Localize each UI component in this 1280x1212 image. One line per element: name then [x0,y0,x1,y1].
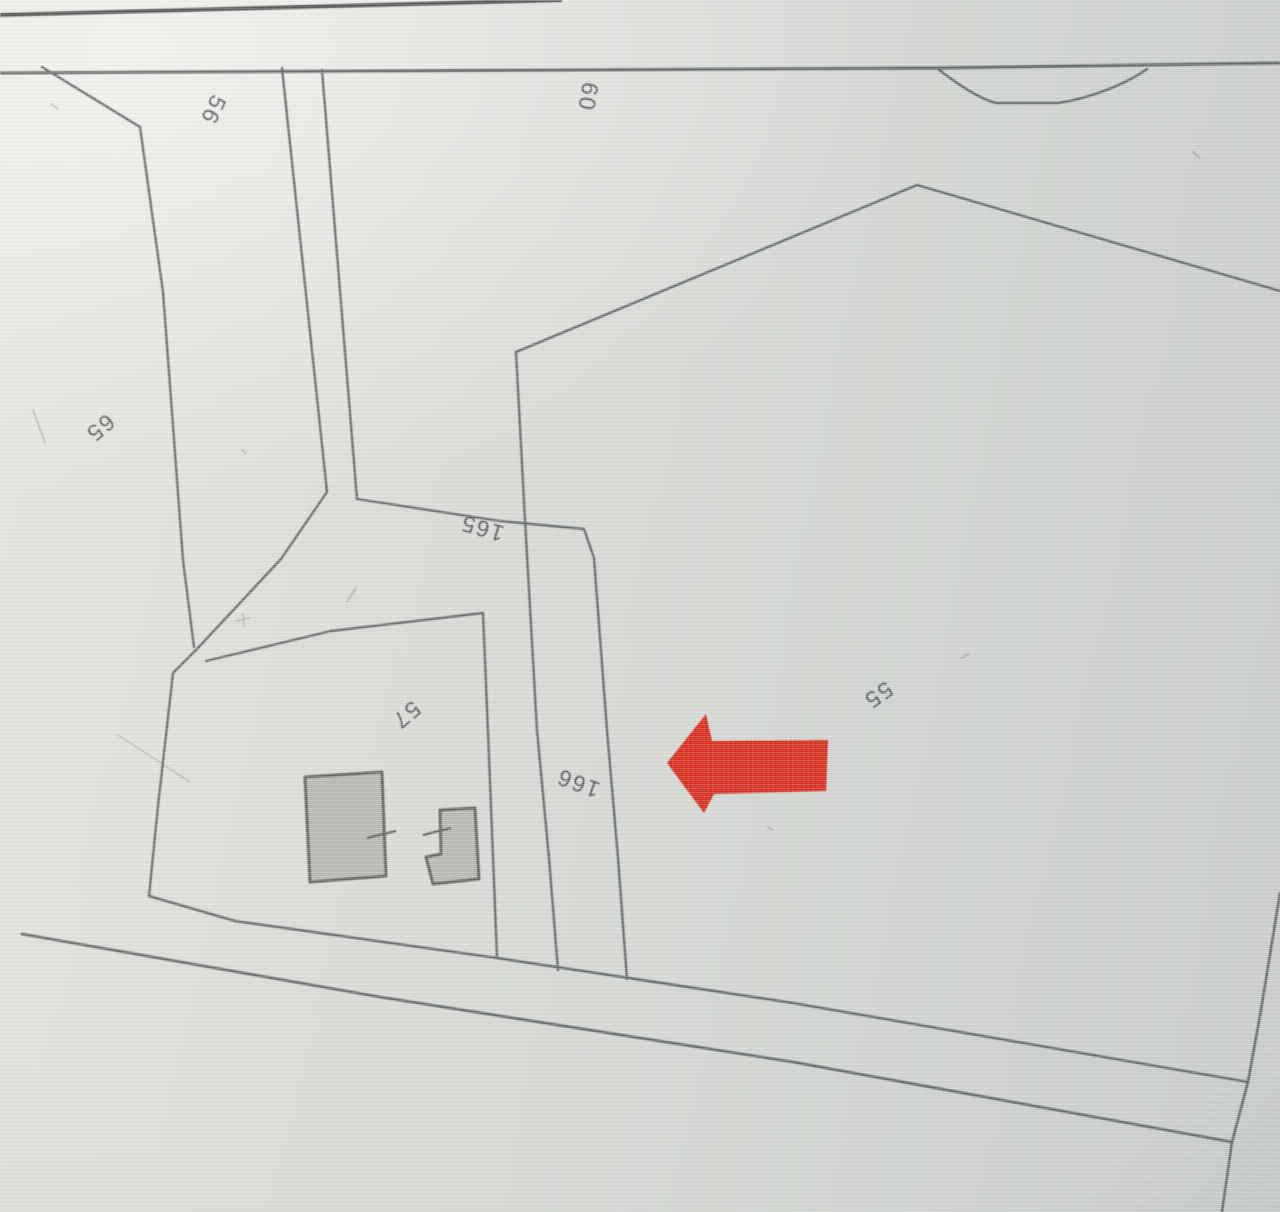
parcel-label-65: 65 [80,408,120,448]
parcel-labels: 56 60 65 165 57 166 55 [0,0,1280,1212]
parcel-label-166: 166 [553,763,604,804]
parcel-label-55: 55 [858,675,898,714]
parcel-label-56: 56 [195,91,232,129]
parcel-label-165: 165 [457,509,507,547]
parcel-label-60: 60 [572,80,604,114]
cadastral-map-photo: 56 60 65 165 57 166 55 [0,0,1280,1212]
parcel-label-57: 57 [386,695,426,735]
